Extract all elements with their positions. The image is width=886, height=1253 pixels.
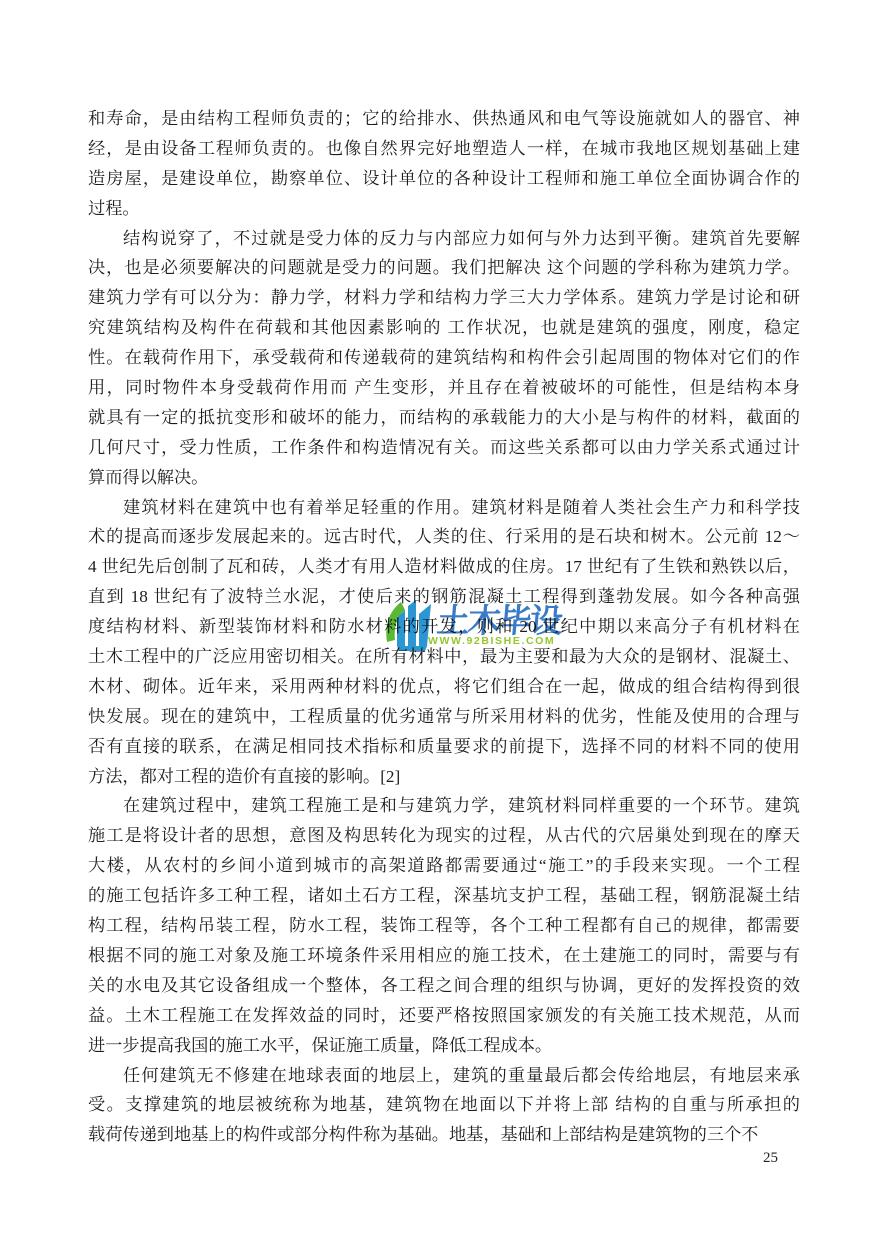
text-line: 性。在载荷作用下，承受载荷和传递载荷的建筑结构和构件会引起周围的物体对它们的作 — [88, 343, 800, 373]
text-line: 几何尺寸，受力性质，工作条件和构造情况有关。而这些关系都可以由力学关系式通过计 — [88, 433, 800, 463]
text-line: 方法，都对工程的造价有直接的影响。[2] — [88, 762, 800, 792]
paragraph: 和寿命，是由结构工程师负责的；它的给排水、供热通风和电气等设施就如人的器官、神经… — [88, 104, 800, 224]
text-line: 受。支撑建筑的地层被统称为地基，建筑物在地面以下并将上部 结构的自重与所承担的 — [88, 1090, 800, 1120]
text-line: 和寿命，是由结构工程师负责的；它的给排水、供热通风和电气等设施就如人的器官、神 — [88, 104, 800, 134]
text-line: 度结构材料、新型装饰材料和防水材料的开发，则和 20 世纪中期以来高分子有机材料… — [88, 612, 800, 642]
text-line: 快发展。现在的建筑中，工程质量的优劣通常与所采用材料的优劣，性能及使用的合理与 — [88, 702, 800, 732]
text-line: 就具有一定的抵抗变形和破坏的能力，而结构的承载能力的大小是与构件的材料，截面的 — [88, 403, 800, 433]
text-line: 土木工程中的广泛应用密切相关。在所有材料中，最为主要和最为大众的是钢材、混凝土、 — [88, 642, 800, 672]
text-line: 木材、砌体。近年来，采用两种材料的优点，将它们组合在一起，做成的组合结构得到很 — [88, 672, 800, 702]
text-line: 根据不同的施工对象及施工环境条件采用相应的施工技术，在土建施工的同时，需要与有 — [88, 941, 800, 971]
text-line: 在建筑过程中，建筑工程施工是和与建筑力学，建筑材料同样重要的一个环节。建筑 — [88, 791, 800, 821]
text-line: 关的水电及其它设备组成一个整体，各工程之间合理的组织与协调，更好的发挥投资的效 — [88, 971, 800, 1001]
text-line: 益。土木工程施工在发挥效益的同时，还要严格按照国家颁发的有关施工技术规范，从而 — [88, 1001, 800, 1031]
paragraph: 任何建筑无不修建在地球表面的地层上，建筑的重量最后都会传给地层，有地层来承受。支… — [88, 1061, 800, 1151]
paragraph: 建筑材料在建筑中也有着举足轻重的作用。建筑材料是随着人类社会生产力和科学技术的提… — [88, 493, 800, 792]
text-line: 4 世纪先后创制了瓦和砖，人类才有用人造材料做成的住房。17 世纪有了生铁和熟铁… — [88, 552, 800, 582]
text-line: 过程。 — [88, 194, 800, 224]
text-line: 建筑力学有可以分为：静力学，材料力学和结构力学三大力学体系。建筑力学是讨论和研 — [88, 283, 800, 313]
text-line: 大楼，从农村的乡间小道到城市的高架道路都需要通过“施工”的手段来实现。一个工程 — [88, 851, 800, 881]
text-line: 算而得以解决。 — [88, 463, 800, 493]
text-line: 究建筑结构及构件在荷载和其他因素影响的 工作状况，也就是建筑的强度，刚度，稳定 — [88, 313, 800, 343]
text-line: 任何建筑无不修建在地球表面的地层上，建筑的重量最后都会传给地层，有地层来承 — [88, 1061, 800, 1091]
text-line: 经，是由设备工程师负责的。也像自然界完好地塑造人一样，在城市我地区规划基础上建 — [88, 134, 800, 164]
text-line: 否有直接的联系，在满足相同技术指标和质量要求的前提下，选择不同的材料不同的使用 — [88, 732, 800, 762]
text-line: 术的提高而逐步发展起来的。远古时代，人类的住、行采用的是石块和树木。公元前 12… — [88, 522, 800, 552]
text-line: 施工是将设计者的思想，意图及构思转化为现实的过程，从古代的穴居巢处到现在的摩天 — [88, 821, 800, 851]
text-line: 构工程，结构吊装工程，防水工程，装饰工程等，各个工种工程都有自己的规律，都需要 — [88, 911, 800, 941]
document-body: 和寿命，是由结构工程师负责的；它的给排水、供热通风和电气等设施就如人的器官、神经… — [88, 104, 800, 1150]
text-line: 的施工包括许多工种工程，诸如土石方工程，深基坑支护工程，基础工程，钢筋混凝土结 — [88, 881, 800, 911]
text-line: 直到 18 世纪有了波特兰水泥，才使后来的钢筋混凝土工程得到蓬勃发展。如今各种高… — [88, 582, 800, 612]
text-line: 结构说穿了，不过就是受力体的反力与内部应力如何与外力达到平衡。建筑首先要解 — [88, 224, 800, 254]
text-line: 决，也是必须要解决的问题就是受力的问题。我们把解决 这个问题的学科称为建筑力学。 — [88, 253, 800, 283]
page-number: 25 — [763, 1150, 803, 1167]
text-line: 进一步提高我国的施工水平，保证施工质量，降低工程成本。 — [88, 1031, 800, 1061]
paragraph: 在建筑过程中，建筑工程施工是和与建筑力学，建筑材料同样重要的一个环节。建筑施工是… — [88, 791, 800, 1060]
text-line: 建筑材料在建筑中也有着举足轻重的作用。建筑材料是随着人类社会生产力和科学技 — [88, 493, 800, 523]
text-line: 造房屋，是建设单位，勘察单位、设计单位的各种设计工程师和施工单位全面协调合作的 — [88, 164, 800, 194]
document-page: 和寿命，是由结构工程师负责的；它的给排水、供热通风和电气等设施就如人的器官、神经… — [0, 0, 886, 1253]
paragraph: 结构说穿了，不过就是受力体的反力与内部应力如何与外力达到平衡。建筑首先要解决，也… — [88, 224, 800, 493]
text-line: 载荷传递到地基上的构件或部分构件称为基础。地基，基础和上部结构是建筑物的三个不 — [88, 1120, 800, 1150]
text-line: 用，同时物件本身受载荷作用而 产生变形，并且存在着被破坏的可能性，但是结构本身 — [88, 373, 800, 403]
